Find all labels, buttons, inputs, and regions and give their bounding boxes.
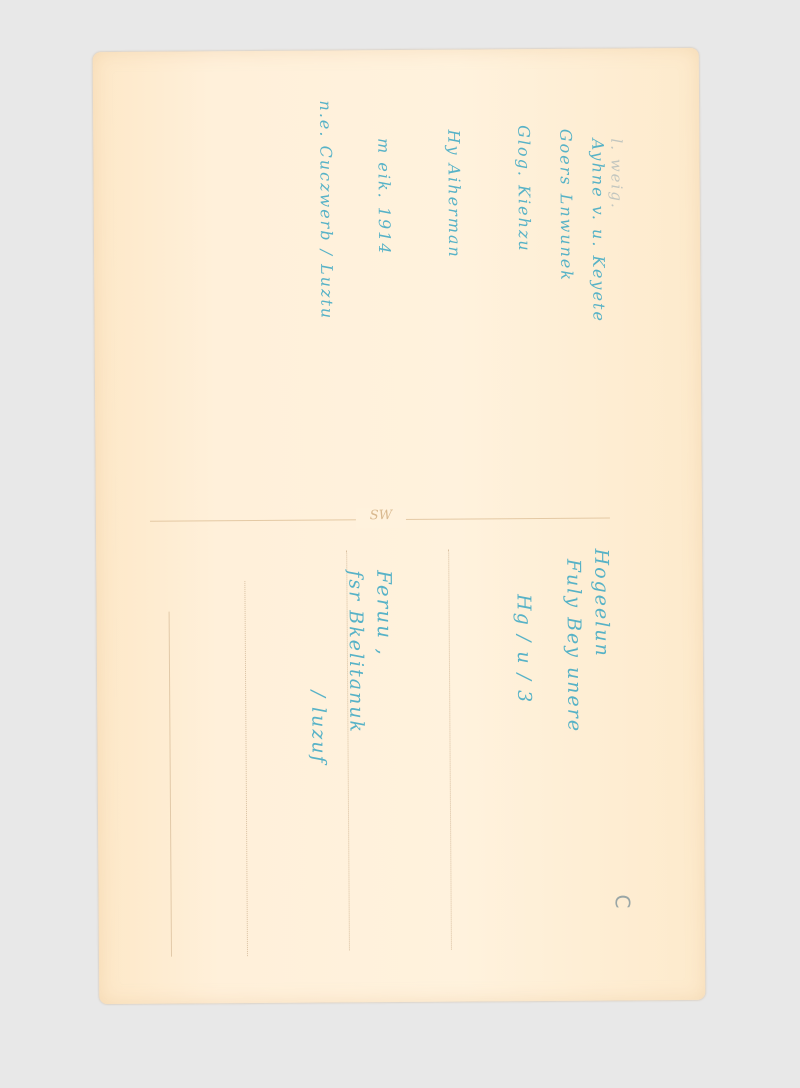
address-line-text: Hg / u / 3 — [512, 594, 535, 704]
postcard: SW l. weig. Ayhne v. u. Keyete Goers Lnw… — [93, 48, 706, 1004]
address-line-text: Feruu , — [372, 570, 397, 657]
message-line: n.e. Cuczwerb / Luztu — [316, 100, 337, 320]
message-line: Goers Lnwunek — [556, 129, 576, 282]
pencil-line: l. weig. — [607, 138, 625, 209]
divider-ornament: SW — [356, 508, 406, 528]
address-line-text: Fuly Bey unere — [562, 559, 585, 733]
corner-mark: C — [615, 894, 635, 914]
address-line-text: fsr Bkelitanuk — [344, 570, 367, 734]
address-line-text: / luzuf — [307, 690, 330, 764]
message-line: m eik. 1914 — [374, 138, 394, 256]
message-line: Ayhne v. u. Keyete — [588, 139, 608, 323]
address-line — [448, 550, 452, 950]
message-line: Hy Aiherman — [444, 130, 464, 259]
address-line — [244, 581, 248, 956]
address-line-text: Hogeelun — [590, 549, 613, 658]
message-line: Glog. Kiehzu — [514, 125, 534, 253]
address-line — [169, 612, 172, 957]
